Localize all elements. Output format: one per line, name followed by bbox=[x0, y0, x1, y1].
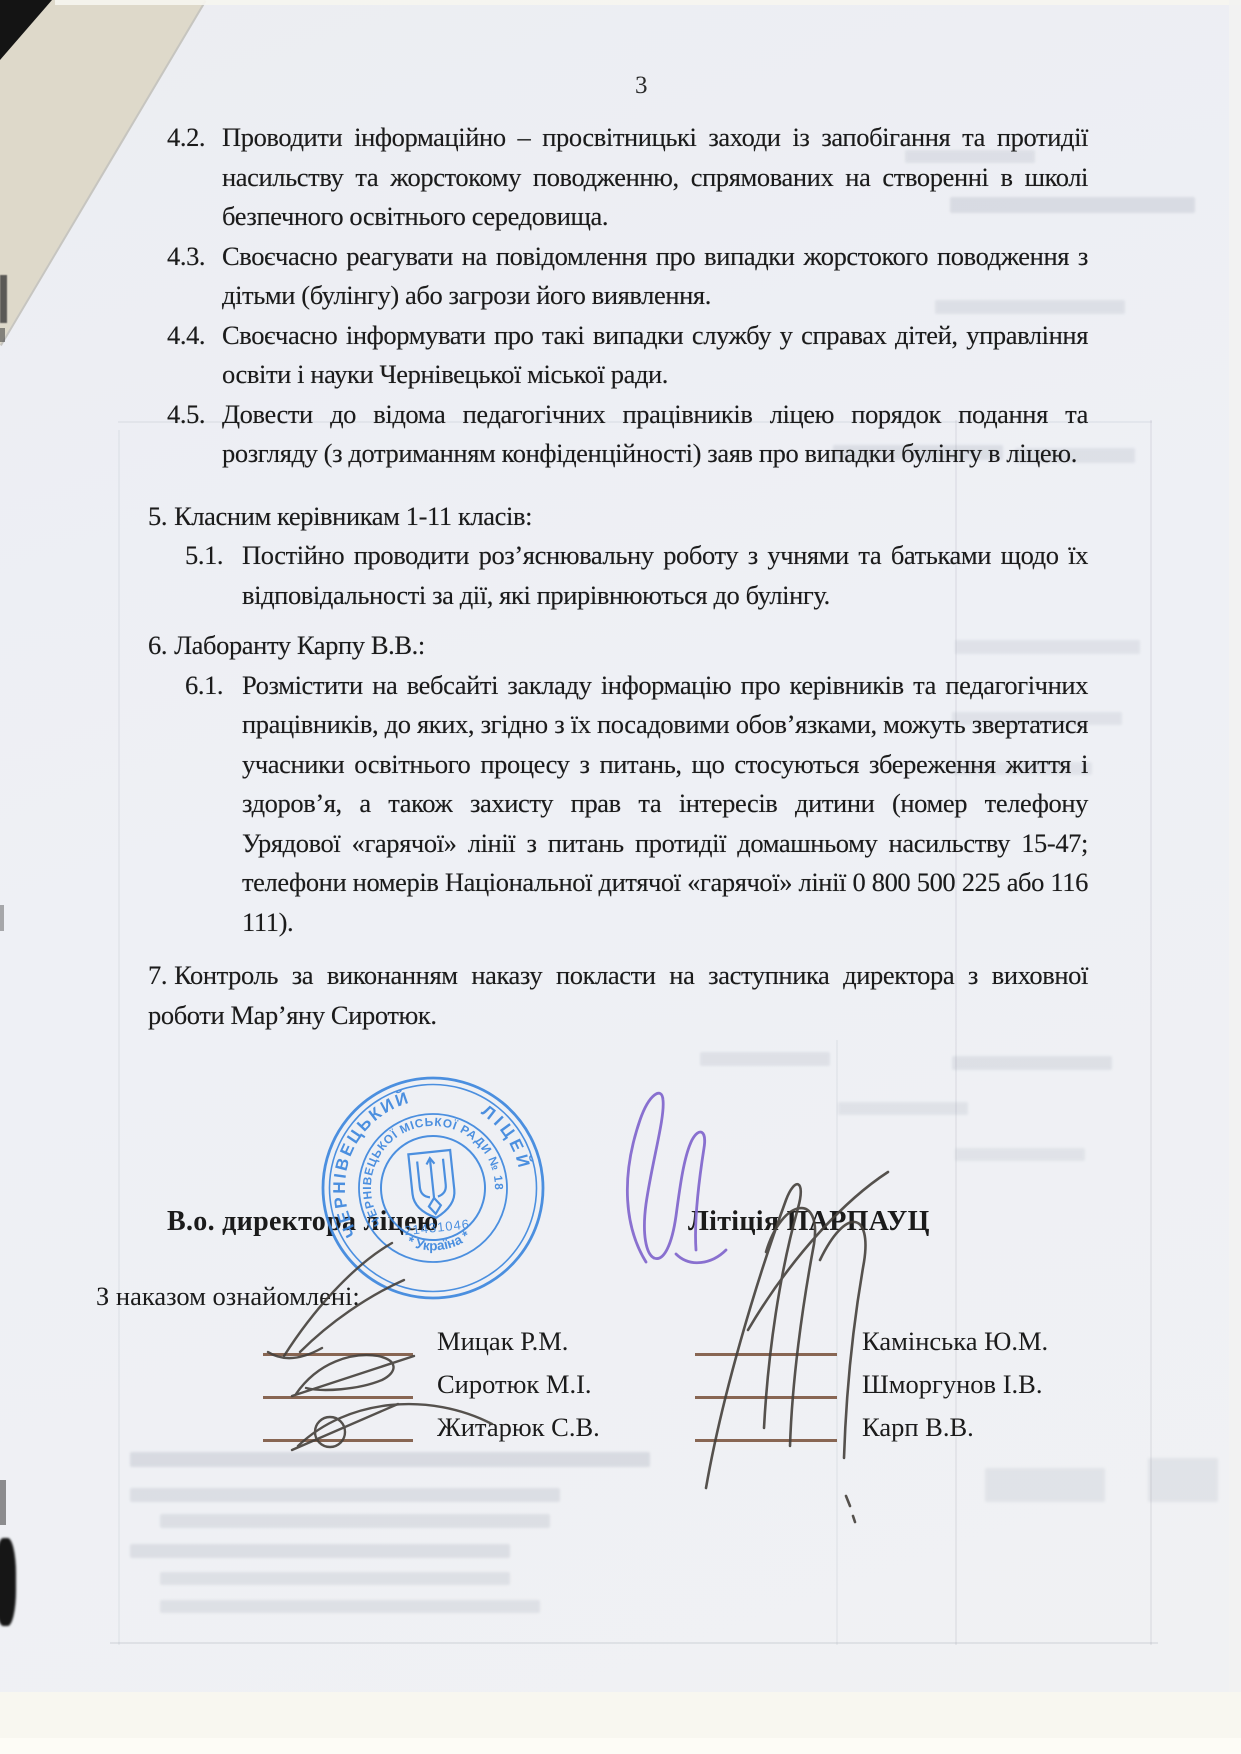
order-body: 4.2.Проводити інформаційно – просвітниць… bbox=[167, 118, 1088, 1035]
bleed-through-text bbox=[160, 1600, 540, 1613]
order-item-5-1: 5.1.Постійно проводити роз’яснювальну ро… bbox=[185, 536, 1088, 615]
scan-edge-blot bbox=[0, 1538, 16, 1626]
bleed-through-text bbox=[130, 1488, 560, 1502]
bleed-through-text bbox=[838, 1102, 968, 1115]
ack-name: Мицак Р.М. bbox=[437, 1326, 568, 1357]
scan-bottom-edge bbox=[0, 1738, 1241, 1754]
scan-edge-smudge bbox=[0, 328, 5, 342]
order-item-6: 6.Лаборанту Карпу В.В.: bbox=[148, 626, 1088, 666]
bleed-through-text bbox=[130, 1544, 510, 1558]
item-number: 5.1. bbox=[185, 536, 242, 576]
ack-name: Камінська Ю.М. bbox=[862, 1326, 1048, 1357]
ack-signature-ink-left-2 bbox=[292, 1355, 414, 1396]
scan-edge-smudge bbox=[0, 905, 4, 931]
signature-line bbox=[695, 1396, 837, 1399]
item-text: Довести до відома педагогічних працівник… bbox=[222, 399, 1088, 469]
item-number: 4.4. bbox=[167, 316, 222, 356]
ack-name: Карп В.В. bbox=[862, 1412, 974, 1443]
item-number: 4.5. bbox=[167, 395, 222, 435]
bleed-through-table-line bbox=[1150, 420, 1152, 1645]
bleed-through-text bbox=[160, 1514, 550, 1528]
order-item-4-3: 4.3.Своєчасно реагувати на повідомлення … bbox=[167, 237, 1088, 316]
ack-name: Житарюк С.В. bbox=[437, 1412, 600, 1443]
bleed-through-text bbox=[985, 1468, 1105, 1502]
signature-line bbox=[263, 1353, 413, 1356]
item-text: Своєчасно інформувати про такі випадки с… bbox=[222, 320, 1088, 390]
order-item-5: 5.Класним керівникам 1-11 класів: bbox=[148, 497, 1088, 537]
order-item-4-2: 4.2.Проводити інформаційно – просвітниць… bbox=[167, 118, 1088, 237]
signature-line bbox=[263, 1439, 413, 1442]
page-number: 3 bbox=[635, 72, 648, 100]
bleed-through-text bbox=[130, 1452, 650, 1467]
bleed-through-text bbox=[952, 1056, 1112, 1070]
ack-name: Шморгунов І.В. bbox=[862, 1369, 1042, 1400]
bleed-through-table-line bbox=[836, 1040, 838, 1645]
item-number: 6.1. bbox=[185, 666, 242, 706]
signature-line bbox=[263, 1396, 413, 1399]
item-text: Постійно проводити роз’яснювальну роботу… bbox=[242, 540, 1088, 610]
item-text: Своєчасно реагувати на повідомлення про … bbox=[222, 241, 1088, 311]
scan-edge-smudge bbox=[0, 275, 7, 323]
acknowledged-label: З наказом ознайомлені: bbox=[96, 1281, 360, 1312]
bleed-through-text bbox=[955, 1148, 1085, 1161]
item-text: Контроль за виконанням наказу покласти н… bbox=[148, 960, 1088, 1030]
signature-line bbox=[695, 1439, 837, 1442]
official-stamp: ЧЕРНІВЕЦЬКИЙ ЛІЦЕЙ ЧЕРНІВЕЦЬКОЇ МІСЬКОЇ … bbox=[309, 1064, 557, 1312]
scan-edge-smudge bbox=[0, 1480, 6, 1525]
item-text: Проводити інформаційно – просвітницькі з… bbox=[222, 122, 1088, 231]
item-number: 7. bbox=[148, 960, 167, 990]
order-item-7: 7.Контроль за виконанням наказу покласти… bbox=[148, 956, 1088, 1035]
scan-top-edge bbox=[55, 0, 1241, 5]
director-name: Літіція ПАРПАУЦ bbox=[688, 1206, 930, 1238]
order-item-4-5: 4.5.Довести до відома педагогічних праці… bbox=[167, 395, 1088, 474]
item-number: 4.2. bbox=[167, 118, 222, 158]
item-text: Класним керівникам 1-11 класів: bbox=[174, 501, 532, 531]
bleed-through-table-line bbox=[110, 1642, 1158, 1644]
ukraine-trident-icon bbox=[408, 1150, 457, 1220]
signature-line bbox=[695, 1353, 837, 1356]
scan-right-edge bbox=[1229, 0, 1241, 1754]
ack-name: Сиротюк М.І. bbox=[437, 1369, 592, 1400]
item-text: Лаборанту Карпу В.В.: bbox=[174, 630, 425, 660]
scanned-order-page: 3 4.2.Проводити інформаційно – просвітни… bbox=[0, 0, 1241, 1754]
item-number: 5. bbox=[148, 501, 167, 531]
item-number: 6. bbox=[148, 630, 167, 660]
order-item-6-1: 6.1.Розмістити на вебсайті закладу інфор… bbox=[185, 666, 1088, 943]
bleed-through-text bbox=[160, 1572, 510, 1585]
bleed-through-text bbox=[1148, 1458, 1218, 1502]
item-text: Розмістити на вебсайті закладу інформаці… bbox=[242, 670, 1088, 937]
order-item-4-4: 4.4.Своєчасно інформувати про такі випад… bbox=[167, 316, 1088, 395]
bleed-through-text bbox=[700, 1052, 830, 1066]
bleed-through-table-line bbox=[118, 430, 120, 1645]
item-number: 4.3. bbox=[167, 237, 222, 277]
